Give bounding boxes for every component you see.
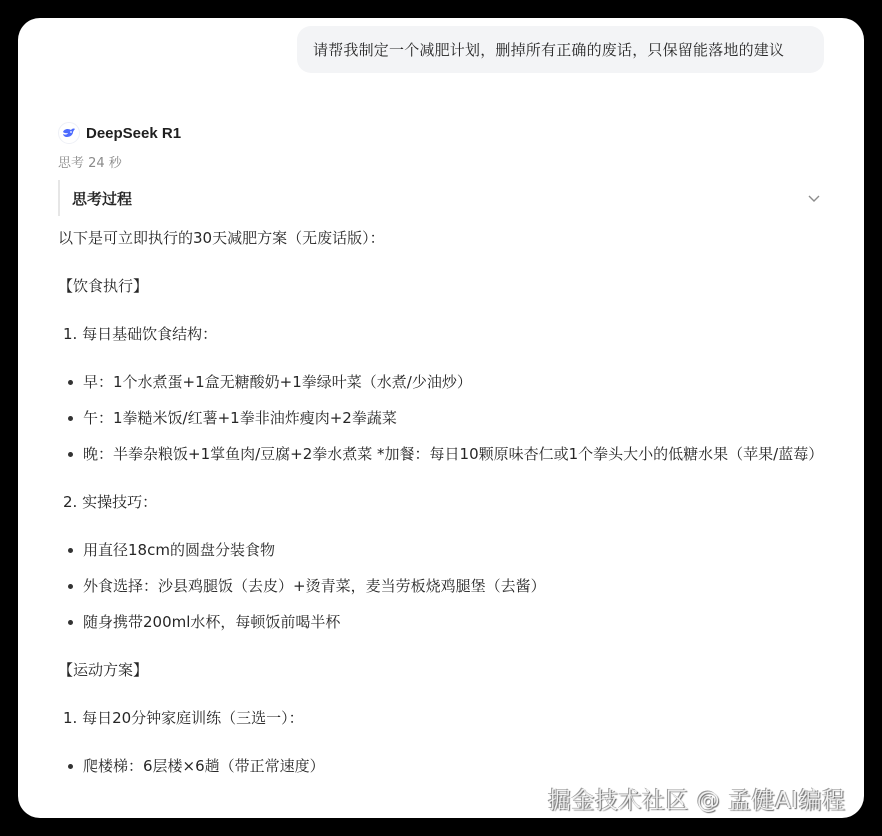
list-item: 早：1个水煮蛋+1盒无糖酸奶+1拳绿叶菜（水煮/少油炒）	[58, 368, 823, 396]
user-message-text: 请帮我制定一个减肥计划，删掉所有正确的废话，只保留能落地的建议	[313, 39, 784, 60]
section-heading-diet: 【饮食执行】	[58, 272, 828, 300]
group-title-practical-tips: 2. 实操技巧：	[58, 488, 828, 516]
list-item: 随身携带200ml水杯，每顿饭前喝半杯	[58, 608, 823, 636]
list-item: 爬楼梯：6层楼×6趟（带正常速度）	[58, 752, 823, 780]
thinking-process-toggle[interactable]: 思考过程	[58, 180, 818, 216]
list-item: 用直径18cm的圆盘分装食物	[58, 536, 823, 564]
assistant-name: DeepSeek R1	[86, 125, 181, 142]
group-title-home-training: 1. 每日20分钟家庭训练（三选一）：	[58, 704, 828, 732]
assistant-response: 以下是可立即执行的30天减肥方案（无废话版）： 【饮食执行】 1. 每日基础饮食…	[58, 224, 828, 788]
list-item: 外食选择：沙县鸡腿饭（去皮）+烫青菜，麦当劳板烧鸡腿堡（去酱）	[58, 572, 823, 600]
think-duration: 思考 24 秒	[58, 152, 122, 171]
user-message-bubble: 请帮我制定一个减肥计划，删掉所有正确的废话，只保留能落地的建议	[297, 26, 824, 73]
chat-window: 请帮我制定一个减肥计划，删掉所有正确的废话，只保留能落地的建议 DeepSeek…	[18, 18, 864, 818]
deepseek-whale-icon	[58, 122, 80, 144]
list-item: 晚：半拳杂粮饭+1掌鱼肉/豆腐+2拳水煮菜 *加餐：每日10颗原味杏仁或1个拳头…	[58, 440, 823, 468]
response-intro: 以下是可立即执行的30天减肥方案（无废话版）：	[58, 224, 828, 252]
list-item: 午：1拳糙米饭/红薯+1拳非油炸瘦肉+2拳蔬菜	[58, 404, 823, 432]
group-title-daily-diet: 1. 每日基础饮食结构：	[58, 320, 828, 348]
watermark: 掘金技术社区 @ 孟健AI编程	[548, 782, 846, 815]
thinking-process-title: 思考过程	[72, 188, 132, 209]
chevron-down-icon[interactable]	[806, 190, 822, 206]
assistant-header: DeepSeek R1	[58, 122, 181, 144]
section-heading-exercise: 【运动方案】	[58, 656, 828, 684]
